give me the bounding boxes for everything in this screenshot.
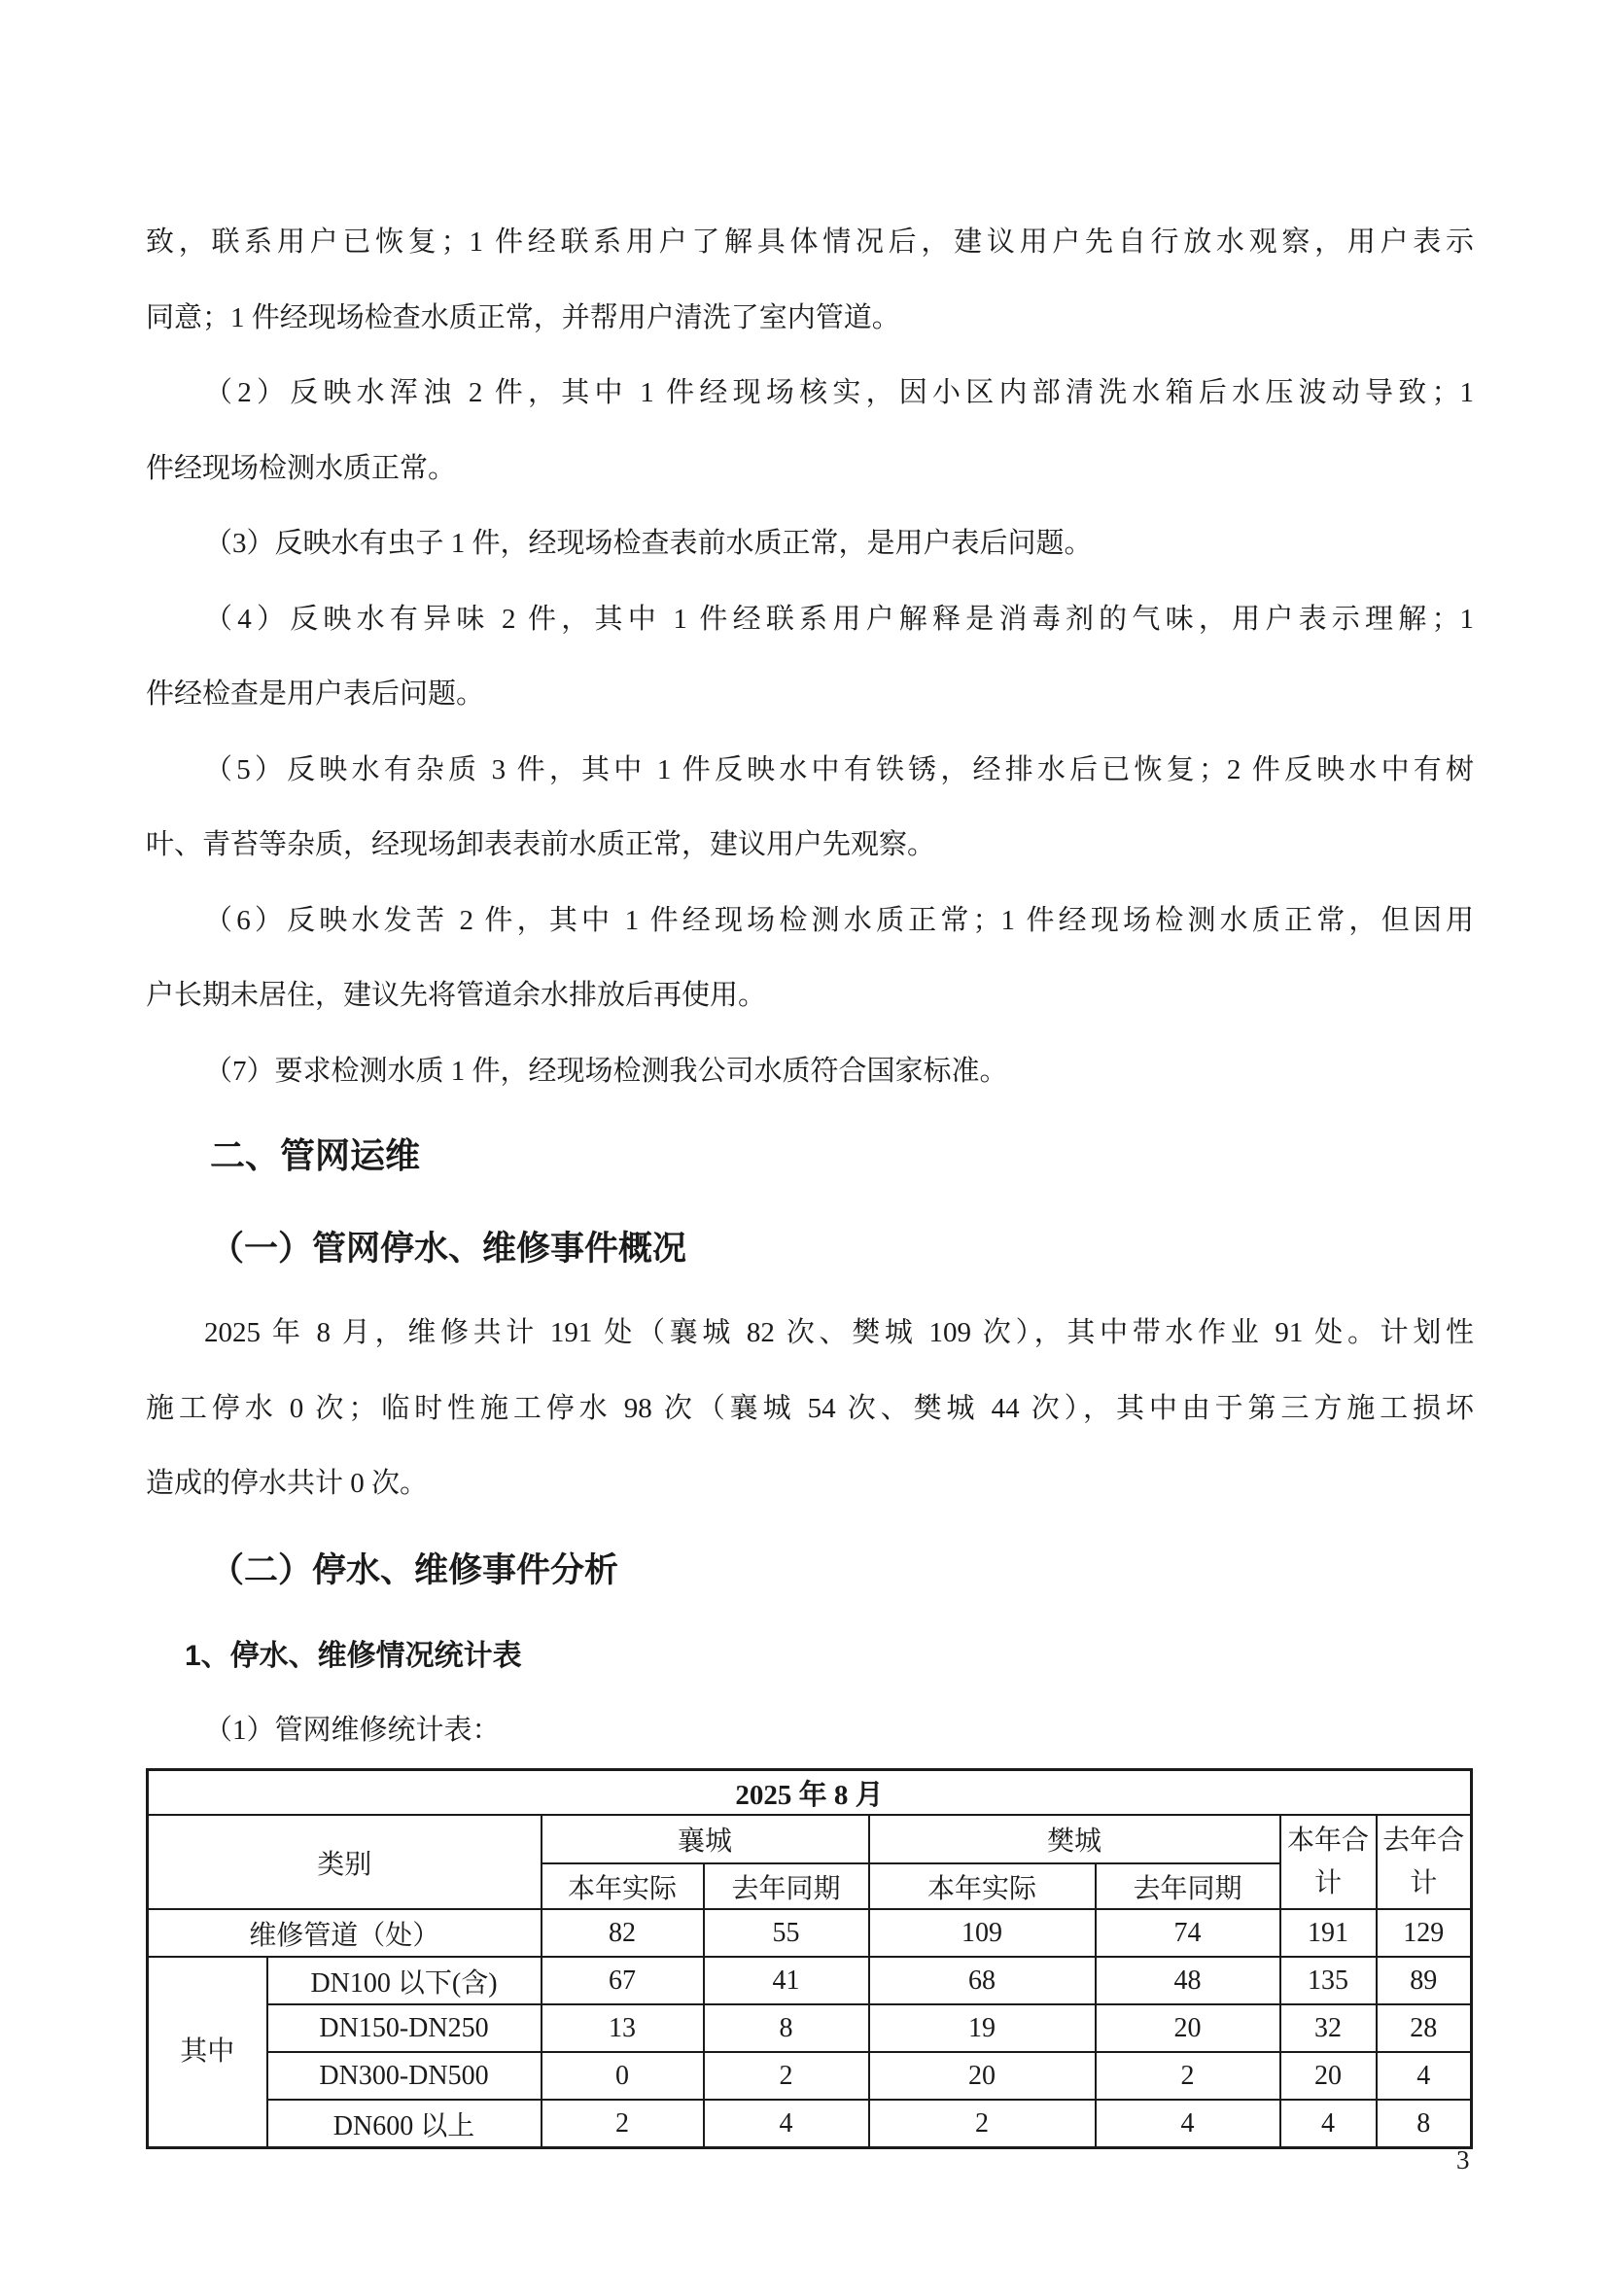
column-header-xiangcheng: 襄城 <box>542 1815 869 1863</box>
body-line: （6）反映水发苦 2 件，其中 1 件经现场检测水质正常；1 件经现场检测水质正… <box>146 884 1474 959</box>
document-page: 致，联系用户已恢复；1 件经联系用户了解具体情况后，建议用户先自行放水观察，用户… <box>0 0 1608 2296</box>
row-label-dn300-dn500: DN300-DN500 <box>267 2052 542 2100</box>
page-number: 3 <box>1456 2140 1470 2179</box>
column-header-year-total: 本年合计 <box>1280 1815 1377 1909</box>
subsection-heading-analysis: （二）停水、维修事件分析 <box>146 1522 1474 1619</box>
section-heading-pipeline-ops: 二、管网运维 <box>146 1109 1474 1202</box>
cell-value: 4 <box>1280 2100 1377 2148</box>
paragraph-quality-test-request: （7）要求检测水质 1 件，经现场检测我公司水质符合国家标准。 <box>146 1034 1474 1110</box>
cell-value: 41 <box>704 1957 869 2004</box>
subsection-heading-overview: （一）管网停水、维修事件概况 <box>146 1202 1474 1296</box>
cell-value: 28 <box>1377 2004 1472 2052</box>
pipeline-repair-statistics-table: 2025 年 8 月 类别 襄城 樊城 本年合计 去年合计 本年实际 去年同期 … <box>146 1768 1473 2149</box>
row-group-label: 其中 <box>148 1957 267 2148</box>
cell-value: 68 <box>869 1957 1096 2004</box>
cell-value: 2 <box>704 2052 869 2100</box>
body-line: 叶、青苔等杂质，经现场卸表表前水质正常，建议用户先观察。 <box>146 808 1474 884</box>
row-label-dn600-above: DN600 以上 <box>267 2100 542 2148</box>
table-row: DN300-DN500 0 2 20 2 20 4 <box>148 2052 1472 2100</box>
cell-value: 109 <box>869 1909 1096 1957</box>
row-label-repaired-pipes: 维修管道（处） <box>148 1909 542 1957</box>
body-line: （4）反映水有异味 2 件，其中 1 件经联系用户解释是消毒剂的气味，用户表示理… <box>146 582 1474 658</box>
paragraph-insects-in-water: （3）反映水有虫子 1 件，经现场检查表前水质正常，是用户表后问题。 <box>146 506 1474 582</box>
table-label-line: （1）管网维修统计表： <box>146 1693 1474 1769</box>
column-header-fancheng: 樊城 <box>869 1815 1280 1863</box>
cell-value: 48 <box>1096 1957 1280 2004</box>
paragraph-turbid-water: （2）反映水浑浊 2 件，其中 1 件经现场核实，因小区内部清洗水箱后水压波动导… <box>146 356 1474 506</box>
body-line: 件经检查是用户表后问题。 <box>146 657 1474 733</box>
body-line: （3）反映水有虫子 1 件，经现场检查表前水质正常，是用户表后问题。 <box>146 506 1474 582</box>
cell-value: 2 <box>542 2100 704 2148</box>
body-line: 户长期未居住，建议先将管道余水排放后再使用。 <box>146 958 1474 1034</box>
column-subheader-current-actual: 本年实际 <box>869 1863 1096 1909</box>
body-line: 件经现场检测水质正常。 <box>146 432 1474 507</box>
cell-value: 82 <box>542 1909 704 1957</box>
paragraph-maintenance-overview: 2025 年 8 月，维修共计 191 处（襄城 82 次、樊城 109 次），… <box>146 1296 1474 1522</box>
cell-value: 20 <box>1096 2004 1280 2052</box>
cell-value: 4 <box>1377 2052 1472 2100</box>
cell-value: 55 <box>704 1909 869 1957</box>
row-label-dn100: DN100 以下(含) <box>267 1957 542 2004</box>
table-row: 其中 DN100 以下(含) 67 41 68 48 135 89 <box>148 1957 1472 2004</box>
cell-value: 67 <box>542 1957 704 2004</box>
body-line: 施工停水 0 次；临时性施工停水 98 次（襄城 54 次、樊城 44 次），其… <box>146 1372 1474 1447</box>
body-line: 同意；1 件经现场检查水质正常，并帮用户清洗了室内管道。 <box>146 281 1474 357</box>
cell-value: 8 <box>704 2004 869 2052</box>
heading-statistics-table: 1、停水、维修情况统计表 <box>146 1619 1474 1693</box>
body-line: 2025 年 8 月，维修共计 191 处（襄城 82 次、樊城 109 次），… <box>146 1296 1474 1372</box>
cell-value: 2 <box>869 2100 1096 2148</box>
table-caption: 2025 年 8 月 <box>148 1770 1472 1816</box>
body-line: （7）要求检测水质 1 件，经现场检测我公司水质符合国家标准。 <box>146 1034 1474 1110</box>
paragraph-impurities-in-water: （5）反映水有杂质 3 件，其中 1 件反映水中有铁锈，经排水后已恢复；2 件反… <box>146 733 1474 884</box>
cell-value: 20 <box>1280 2052 1377 2100</box>
cell-value: 74 <box>1096 1909 1280 1957</box>
paragraph-water-taste-continued: 致，联系用户已恢复；1 件经联系用户了解具体情况后，建议用户先自行放水观察，用户… <box>146 205 1474 356</box>
cell-value: 19 <box>869 2004 1096 2052</box>
row-label-dn150-dn250: DN150-DN250 <box>267 2004 542 2052</box>
cell-value: 191 <box>1280 1909 1377 1957</box>
cell-value: 0 <box>542 2052 704 2100</box>
paragraph-bitter-water: （6）反映水发苦 2 件，其中 1 件经现场检测水质正常；1 件经现场检测水质正… <box>146 884 1474 1034</box>
body-line: （5）反映水有杂质 3 件，其中 1 件反映水中有铁锈，经排水后已恢复；2 件反… <box>146 733 1474 809</box>
column-header-category: 类别 <box>148 1815 542 1909</box>
cell-value: 2 <box>1096 2052 1280 2100</box>
body-line: （2）反映水浑浊 2 件，其中 1 件经现场核实，因小区内部清洗水箱后水压波动导… <box>146 356 1474 432</box>
document-content: 致，联系用户已恢复；1 件经联系用户了解具体情况后，建议用户先自行放水观察，用户… <box>146 205 1474 2149</box>
column-subheader-current-actual: 本年实际 <box>542 1863 704 1909</box>
cell-value: 129 <box>1377 1909 1472 1957</box>
cell-value: 20 <box>869 2052 1096 2100</box>
cell-value: 32 <box>1280 2004 1377 2052</box>
column-subheader-lastyear-same: 去年同期 <box>704 1863 869 1909</box>
column-header-lastyear-total: 去年合计 <box>1377 1815 1472 1909</box>
cell-value: 4 <box>1096 2100 1280 2148</box>
cell-value: 135 <box>1280 1957 1377 2004</box>
column-subheader-lastyear-same: 去年同期 <box>1096 1863 1280 1909</box>
table-row: 维修管道（处） 82 55 109 74 191 129 <box>148 1909 1472 1957</box>
table-row: DN600 以上 2 4 2 4 4 8 <box>148 2100 1472 2148</box>
body-line: 致，联系用户已恢复；1 件经联系用户了解具体情况后，建议用户先自行放水观察，用户… <box>146 205 1474 281</box>
paragraph-odor-in-water: （4）反映水有异味 2 件，其中 1 件经联系用户解释是消毒剂的气味，用户表示理… <box>146 582 1474 733</box>
cell-value: 4 <box>704 2100 869 2148</box>
body-line: 造成的停水共计 0 次。 <box>146 1446 1474 1522</box>
table-row: DN150-DN250 13 8 19 20 32 28 <box>148 2004 1472 2052</box>
cell-value: 89 <box>1377 1957 1472 2004</box>
cell-value: 13 <box>542 2004 704 2052</box>
